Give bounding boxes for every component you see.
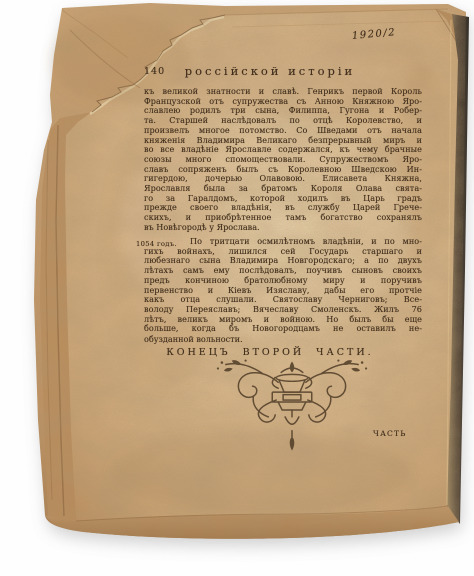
photo-backdrop: 140 россійской исторіи къ великой знатно…	[0, 0, 474, 576]
body-paragraph-2-end: обузданной вольности.	[144, 335, 243, 345]
body-paragraph-1: къ великой знатности и славѣ. Генрикъ пе…	[144, 87, 422, 223]
body-paragraph-1-end: въ Новѣгородѣ у Ярослава.	[144, 223, 260, 233]
pencil-annotation: 1920/2	[352, 27, 397, 42]
ornament-finial	[290, 362, 294, 373]
ornament-pendant	[285, 410, 299, 450]
running-title: россійской исторіи	[150, 64, 390, 78]
body-paragraph-2: По тритцати осмилѣтномъ владѣніи, и по м…	[144, 237, 422, 334]
catchword: ЧАСТЬ	[373, 429, 407, 438]
section-end-title: КОНЕЦЪ ВТОРОЙ ЧАСТИ.	[140, 347, 400, 358]
text-line: больше, когда бъ Новогородцамъ не остави…	[144, 324, 422, 334]
tailpiece-ornament	[213, 358, 371, 454]
page-content: 140 россійской исторіи къ великой знатно…	[0, 0, 474, 576]
ornament-scrolls	[306, 359, 367, 422]
ornament-urn	[272, 374, 312, 410]
